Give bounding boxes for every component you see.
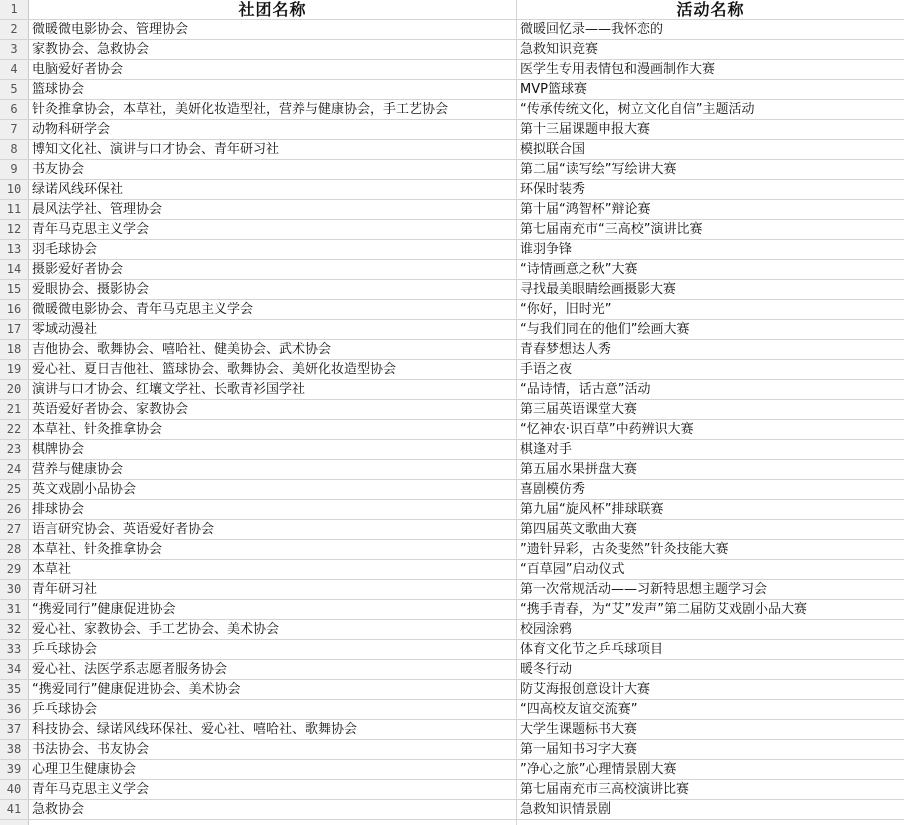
club-name-cell[interactable]: 乒乓球协会: [29, 700, 517, 719]
club-name-cell[interactable]: 微暖微电影协会、青年马克思主义学会: [29, 300, 517, 319]
club-name-cell[interactable]: 零域动漫社: [29, 320, 517, 339]
row-number[interactable]: 36: [0, 700, 29, 719]
activity-name-cell[interactable]: “诗情画意之秋”大赛: [517, 260, 904, 279]
activity-name-cell[interactable]: 急救知识情景剧: [517, 800, 904, 819]
activity-name-cell[interactable]: 医学生专用表情包和漫画制作大赛: [517, 60, 904, 79]
activity-name-cell[interactable]: 棋逢对手: [517, 440, 904, 459]
club-name-cell[interactable]: 本草社、针灸推拿协会: [29, 540, 517, 559]
row-number[interactable]: 4: [0, 60, 29, 79]
table-row: 14摄影爱好者协会“诗情画意之秋”大赛: [0, 260, 904, 280]
club-name-cell[interactable]: 爱心社、夏日吉他社、篮球协会、歌舞协会、美妍化妆造型协会: [29, 360, 517, 379]
activity-name-cell[interactable]: 暖冬行动: [517, 660, 904, 679]
table-row: 38书法协会、书友协会第一届知书习字大赛: [0, 740, 904, 760]
cell[interactable]: [29, 820, 517, 825]
club-name-cell[interactable]: 摄影爱好者协会: [29, 260, 517, 279]
activity-name-cell[interactable]: 第三届英语课堂大赛: [517, 400, 904, 419]
row-number[interactable]: 14: [0, 260, 29, 279]
cell[interactable]: [517, 820, 904, 825]
club-name-cell[interactable]: 书友协会: [29, 160, 517, 179]
spreadsheet-grid: 1 社团名称 活动名称 2微暖微电影协会、管理协会微暖回忆录——我怀恋的3家教协…: [0, 0, 904, 825]
row-number[interactable]: 30: [0, 580, 29, 599]
table-row: 22本草社、针灸推拿协会“忆神农·识百草”中药辨识大赛: [0, 420, 904, 440]
activity-name-cell[interactable]: ”净心之旅”心理情景剧大赛: [517, 760, 904, 779]
table-row: 13羽毛球协会谁羽争锋: [0, 240, 904, 260]
row-number[interactable]: 1: [0, 0, 29, 19]
club-name-cell[interactable]: 科技协会、绿诺风线环保社、爱心社、嘻哈社、歌舞协会: [29, 720, 517, 739]
club-name-cell[interactable]: 爱眼协会、摄影协会: [29, 280, 517, 299]
activity-name-cell[interactable]: “与我们同在的他们”绘画大赛: [517, 320, 904, 339]
table-row: 19爱心社、夏日吉他社、篮球协会、歌舞协会、美妍化妆造型协会手语之夜: [0, 360, 904, 380]
table-row: 17零域动漫社“与我们同在的他们”绘画大赛: [0, 320, 904, 340]
activity-name-cell[interactable]: 急救知识竞赛: [517, 40, 904, 59]
header-cell-activity-name[interactable]: 活动名称: [517, 0, 904, 19]
club-name-cell[interactable]: 微暖微电影协会、管理协会: [29, 20, 517, 39]
header-cell-club-name[interactable]: 社团名称: [29, 0, 517, 19]
row-number[interactable]: 35: [0, 680, 29, 699]
row-number[interactable]: 21: [0, 400, 29, 419]
club-name-cell[interactable]: 英语爱好者协会、家教协会: [29, 400, 517, 419]
table-row: 16微暖微电影协会、青年马克思主义学会“你好，旧时光”: [0, 300, 904, 320]
row-number[interactable]: 29: [0, 560, 29, 579]
table-row: 37科技协会、绿诺风线环保社、爱心社、嘻哈社、歌舞协会大学生课题标书大赛: [0, 720, 904, 740]
row-number[interactable]: 5: [0, 80, 29, 99]
table-row: 31“携爱同行”健康促进协会“携手青春，为“艾”发声”第二届防艾戏剧小品大赛: [0, 600, 904, 620]
data-rows: 2微暖微电影协会、管理协会微暖回忆录——我怀恋的3家教协会、急救协会急救知识竞赛…: [0, 20, 904, 820]
header-row: 1 社团名称 活动名称: [0, 0, 904, 20]
activity-name-cell[interactable]: 微暖回忆录——我怀恋的: [517, 20, 904, 39]
row-number[interactable]: 6: [0, 100, 29, 119]
club-name-cell[interactable]: 爱心社、家教协会、手工艺协会、美术协会: [29, 620, 517, 639]
row-number[interactable]: [0, 820, 29, 825]
row-number[interactable]: 10: [0, 180, 29, 199]
activity-name-cell[interactable]: 第七届南充市三高校演讲比赛: [517, 780, 904, 799]
table-row: 35“携爱同行”健康促进协会、美术协会防艾海报创意设计大赛: [0, 680, 904, 700]
club-name-cell[interactable]: 爱心社、法医学系志愿者服务协会: [29, 660, 517, 679]
row-number[interactable]: 25: [0, 480, 29, 499]
activity-name-cell[interactable]: 喜剧模仿秀: [517, 480, 904, 499]
activity-name-cell[interactable]: 第五届水果拼盘大赛: [517, 460, 904, 479]
activity-name-cell[interactable]: 第二届“读写绘”写绘讲大赛: [517, 160, 904, 179]
club-name-cell[interactable]: 演讲与口才协会、红壤文学社、长歌青衫国学社: [29, 380, 517, 399]
table-row: 29本草社“百草园”启动仪式: [0, 560, 904, 580]
table-row: 27语言研究协会、英语爱好者协会第四届英文歌曲大赛: [0, 520, 904, 540]
activity-name-cell[interactable]: 防艾海报创意设计大赛: [517, 680, 904, 699]
table-row: 25英文戏剧小品协会喜剧模仿秀: [0, 480, 904, 500]
row-number[interactable]: 40: [0, 780, 29, 799]
activity-name-cell[interactable]: “品诗情，话古意”活动: [517, 380, 904, 399]
row-number[interactable]: 16: [0, 300, 29, 319]
table-row: 30青年研习社第一次常规活动——习新特思想主题学习会: [0, 580, 904, 600]
club-name-cell[interactable]: 乒乓球协会: [29, 640, 517, 659]
club-name-cell[interactable]: 针灸推拿协会，本草社，美妍化妆造型社，营养与健康协会，手工艺协会: [29, 100, 517, 119]
row-number[interactable]: 28: [0, 540, 29, 559]
table-row: 3家教协会、急救协会急救知识竞赛: [0, 40, 904, 60]
table-row: 36乒乓球协会“四高校友谊交流赛”: [0, 700, 904, 720]
club-name-cell[interactable]: 心理卫生健康协会: [29, 760, 517, 779]
table-row: 41急救协会急救知识情景剧: [0, 800, 904, 820]
row-number[interactable]: 13: [0, 240, 29, 259]
row-number[interactable]: 26: [0, 500, 29, 519]
table-row: 33乒乓球协会体育文化节之乒乓球项目: [0, 640, 904, 660]
club-name-cell[interactable]: “携爱同行”健康促进协会: [29, 600, 517, 619]
activity-name-cell[interactable]: 第一次常规活动——习新特思想主题学习会: [517, 580, 904, 599]
table-row: 18吉他协会、歌舞协会、嘻哈社、健美协会、武术协会青春梦想达人秀: [0, 340, 904, 360]
table-row: 26排球协会第九届“旋风杯”排球联赛: [0, 500, 904, 520]
activity-name-cell[interactable]: “你好，旧时光”: [517, 300, 904, 319]
row-number[interactable]: 11: [0, 200, 29, 219]
row-number[interactable]: 24: [0, 460, 29, 479]
club-name-cell[interactable]: 英文戏剧小品协会: [29, 480, 517, 499]
table-row: 8博知文化社、演讲与口才协会、青年研习社模拟联合国: [0, 140, 904, 160]
table-row: 34爱心社、法医学系志愿者服务协会暖冬行动: [0, 660, 904, 680]
row-number[interactable]: 18: [0, 340, 29, 359]
row-number[interactable]: 2: [0, 20, 29, 39]
club-name-cell[interactable]: 羽毛球协会: [29, 240, 517, 259]
club-name-cell[interactable]: 本草社、针灸推拿协会: [29, 420, 517, 439]
activity-name-cell[interactable]: 谁羽争锋: [517, 240, 904, 259]
table-row: 15爱眼协会、摄影协会寻找最美眼睛绘画摄影大赛: [0, 280, 904, 300]
row-number[interactable]: 7: [0, 120, 29, 139]
club-name-cell[interactable]: 绿诺风线环保社: [29, 180, 517, 199]
row-number[interactable]: 12: [0, 220, 29, 239]
table-row: 4电脑爱好者协会医学生专用表情包和漫画制作大赛: [0, 60, 904, 80]
table-row: 39心理卫生健康协会”净心之旅”心理情景剧大赛: [0, 760, 904, 780]
club-name-cell[interactable]: 吉他协会、歌舞协会、嘻哈社、健美协会、武术协会: [29, 340, 517, 359]
table-row: 23棋牌协会棋逢对手: [0, 440, 904, 460]
club-name-cell[interactable]: 青年研习社: [29, 580, 517, 599]
table-row: 20演讲与口才协会、红壤文学社、长歌青衫国学社“品诗情，话古意”活动: [0, 380, 904, 400]
club-name-cell[interactable]: 排球协会: [29, 500, 517, 519]
table-row: 5篮球协会MVP篮球赛: [0, 80, 904, 100]
row-number[interactable]: 31: [0, 600, 29, 619]
activity-name-cell[interactable]: 第七届南充市“三高校”演讲比赛: [517, 220, 904, 239]
activity-name-cell[interactable]: 第九届“旋风杯”排球联赛: [517, 500, 904, 519]
table-row: 11晨风法学社、管理协会第十届“鸿智杯”辩论赛: [0, 200, 904, 220]
row-number[interactable]: 8: [0, 140, 29, 159]
activity-name-cell[interactable]: 第一届知书习字大赛: [517, 740, 904, 759]
table-row: 40青年马克思主义学会第七届南充市三高校演讲比赛: [0, 780, 904, 800]
activity-name-cell[interactable]: 环保时装秀: [517, 180, 904, 199]
activity-name-cell[interactable]: 寻找最美眼睛绘画摄影大赛: [517, 280, 904, 299]
activity-name-cell[interactable]: 第四届英文歌曲大赛: [517, 520, 904, 539]
club-name-cell[interactable]: 晨风法学社、管理协会: [29, 200, 517, 219]
club-name-cell[interactable]: 棋牌协会: [29, 440, 517, 459]
activity-name-cell[interactable]: “忆神农·识百草”中药辨识大赛: [517, 420, 904, 439]
row-number[interactable]: 37: [0, 720, 29, 739]
row-number[interactable]: 41: [0, 800, 29, 819]
partial-row-42: [0, 820, 904, 825]
activity-name-cell[interactable]: 大学生课题标书大赛: [517, 720, 904, 739]
club-name-cell[interactable]: 博知文化社、演讲与口才协会、青年研习社: [29, 140, 517, 159]
club-name-cell[interactable]: 动物科研学会: [29, 120, 517, 139]
club-name-cell[interactable]: 电脑爱好者协会: [29, 60, 517, 79]
table-row: 12青年马克思主义学会第七届南充市“三高校”演讲比赛: [0, 220, 904, 240]
table-row: 7动物科研学会第十三届课题申报大赛: [0, 120, 904, 140]
activity-name-cell[interactable]: 体育文化节之乒乓球项目: [517, 640, 904, 659]
table-row: 6针灸推拿协会，本草社，美妍化妆造型社，营养与健康协会，手工艺协会“传承传统文化…: [0, 100, 904, 120]
row-number[interactable]: 3: [0, 40, 29, 59]
club-name-cell[interactable]: 青年马克思主义学会: [29, 220, 517, 239]
club-name-cell[interactable]: 语言研究协会、英语爱好者协会: [29, 520, 517, 539]
table-row: 9书友协会第二届“读写绘”写绘讲大赛: [0, 160, 904, 180]
club-name-cell[interactable]: 家教协会、急救协会: [29, 40, 517, 59]
activity-name-cell[interactable]: ”遗针异彩，古灸斐然”针灸技能大赛: [517, 540, 904, 559]
table-row: 24营养与健康协会第五届水果拼盘大赛: [0, 460, 904, 480]
club-name-cell[interactable]: 急救协会: [29, 800, 517, 819]
activity-name-cell[interactable]: “百草园”启动仪式: [517, 560, 904, 579]
activity-name-cell[interactable]: 模拟联合国: [517, 140, 904, 159]
activity-name-cell[interactable]: “携手青春，为“艾”发声”第二届防艾戏剧小品大赛: [517, 600, 904, 619]
club-name-cell[interactable]: 本草社: [29, 560, 517, 579]
club-name-cell[interactable]: 书法协会、书友协会: [29, 740, 517, 759]
row-number[interactable]: 34: [0, 660, 29, 679]
activity-name-cell[interactable]: “传承传统文化，树立文化自信”主题活动: [517, 100, 904, 119]
row-number[interactable]: 20: [0, 380, 29, 399]
row-number[interactable]: 32: [0, 620, 29, 639]
activity-name-cell[interactable]: MVP篮球赛: [517, 80, 904, 99]
activity-name-cell[interactable]: 第十三届课题申报大赛: [517, 120, 904, 139]
activity-name-cell[interactable]: “四高校友谊交流赛”: [517, 700, 904, 719]
activity-name-cell[interactable]: 第十届“鸿智杯”辩论赛: [517, 200, 904, 219]
activity-name-cell[interactable]: 青春梦想达人秀: [517, 340, 904, 359]
club-name-cell[interactable]: 营养与健康协会: [29, 460, 517, 479]
club-name-cell[interactable]: 篮球协会: [29, 80, 517, 99]
activity-name-cell[interactable]: 手语之夜: [517, 360, 904, 379]
row-number[interactable]: 22: [0, 420, 29, 439]
table-row: 32爱心社、家教协会、手工艺协会、美术协会校园涂鸦: [0, 620, 904, 640]
table-row: 2微暖微电影协会、管理协会微暖回忆录——我怀恋的: [0, 20, 904, 40]
row-number[interactable]: 15: [0, 280, 29, 299]
table-row: 21英语爱好者协会、家教协会第三届英语课堂大赛: [0, 400, 904, 420]
row-number[interactable]: 17: [0, 320, 29, 339]
row-number[interactable]: 38: [0, 740, 29, 759]
club-name-cell[interactable]: 青年马克思主义学会: [29, 780, 517, 799]
club-name-cell[interactable]: “携爱同行”健康促进协会、美术协会: [29, 680, 517, 699]
activity-name-cell[interactable]: 校园涂鸦: [517, 620, 904, 639]
row-number[interactable]: 33: [0, 640, 29, 659]
row-number[interactable]: 9: [0, 160, 29, 179]
table-row: 10绿诺风线环保社环保时装秀: [0, 180, 904, 200]
table-row: 28本草社、针灸推拿协会”遗针异彩，古灸斐然”针灸技能大赛: [0, 540, 904, 560]
row-number[interactable]: 27: [0, 520, 29, 539]
row-number[interactable]: 19: [0, 360, 29, 379]
row-number[interactable]: 39: [0, 760, 29, 779]
row-number[interactable]: 23: [0, 440, 29, 459]
